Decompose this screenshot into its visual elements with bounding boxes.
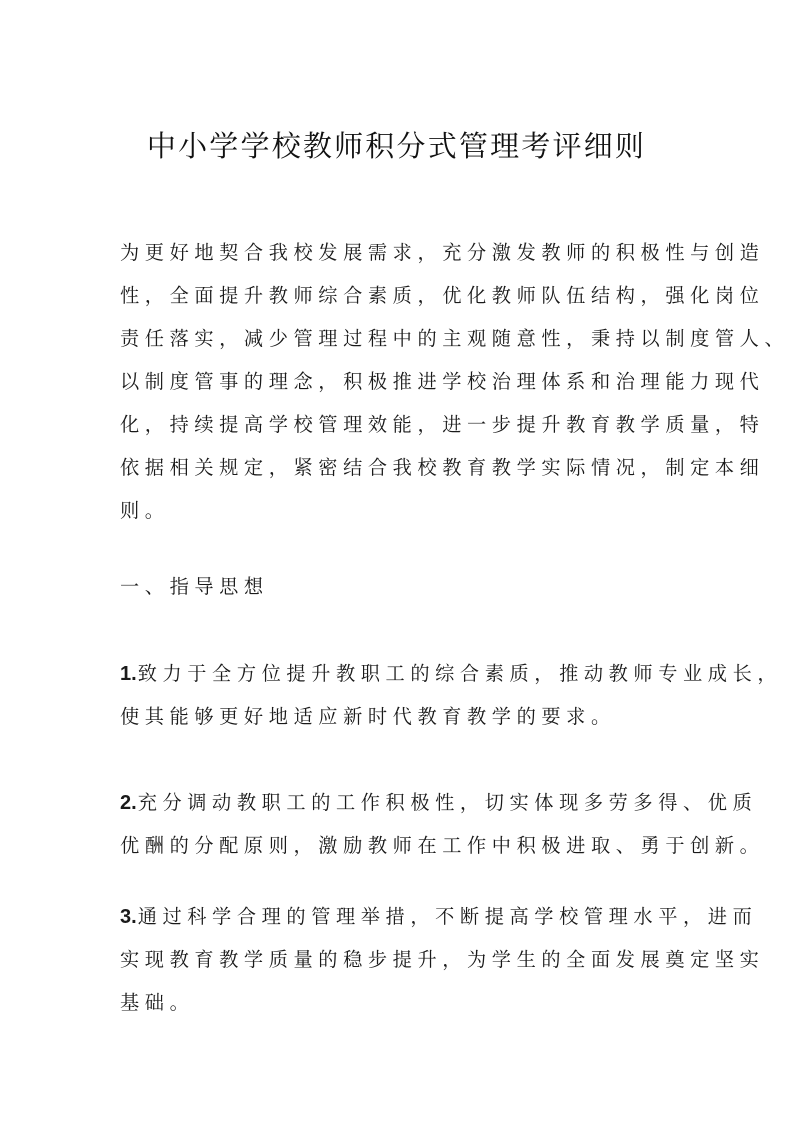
list-item-line: 1.致力于全方位提升教职工的综合素质，推动教师专业成长，	[120, 659, 680, 689]
document-title: 中小学学校教师积分式管理考评细则	[0, 126, 793, 166]
document-page: 中小学学校教师积分式管理考评细则 为更好地契合我校发展需求，充分激发教师的积极性…	[0, 0, 793, 1122]
intro-line: 责任落实，减少管理过程中的主观随意性，秉持以制度管人、	[120, 324, 680, 354]
intro-line: 为更好地契合我校发展需求，充分激发教师的积极性与创造	[120, 238, 680, 268]
list-item-text: 致力于全方位提升教职工的综合素质，推动教师专业成长，	[138, 662, 782, 685]
intro-line: 化，持续提高学校管理效能，进一步提升教育教学质量，特	[120, 410, 680, 440]
list-item-line: 使其能够更好地适应新时代教育教学的要求。	[120, 702, 680, 732]
list-item-text: 通过科学合理的管理举措，不断提高学校管理水平，进而	[138, 905, 758, 928]
list-item-line: 基础。	[120, 988, 680, 1018]
list-item-line: 优酬的分配原则，激励教师在工作中积极进取、勇于创新。	[120, 831, 680, 861]
list-item-line: 3.通过科学合理的管理举措，不断提高学校管理水平，进而	[120, 902, 680, 932]
intro-line: 则。	[120, 496, 680, 526]
list-item-number: 1.	[120, 663, 137, 685]
list-item-number: 3.	[120, 906, 137, 928]
intro-line: 依据相关规定，紧密结合我校教育教学实际情况，制定本细	[120, 453, 680, 483]
intro-line: 以制度管事的理念，积极推进学校治理体系和治理能力现代	[120, 367, 680, 397]
list-item-number: 2.	[120, 792, 137, 814]
list-item-line: 2.充分调动教职工的工作积极性，切实体现多劳多得、优质	[120, 788, 680, 818]
list-item-text: 充分调动教职工的工作积极性，切实体现多劳多得、优质	[138, 791, 758, 814]
list-item-line: 实现教育教学质量的稳步提升，为学生的全面发展奠定坚实	[120, 945, 680, 975]
intro-line: 性，全面提升教师综合素质，优化教师队伍结构，强化岗位	[120, 281, 680, 311]
section-heading-guiding-ideology: 一、指导思想	[120, 572, 269, 602]
